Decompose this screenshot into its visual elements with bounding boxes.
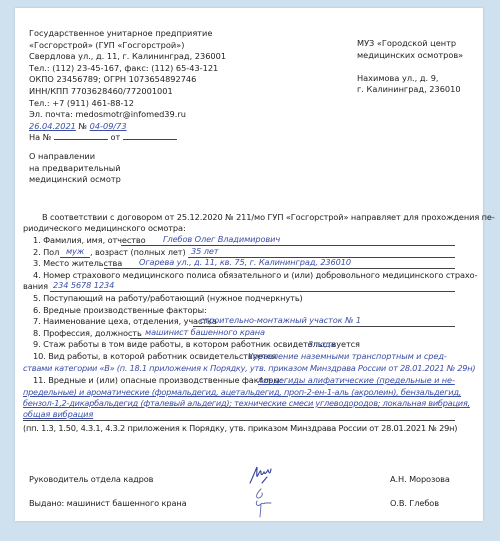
signer-name: А.Н. Морозова bbox=[390, 474, 450, 485]
item9-value[interactable]: 3 года bbox=[308, 339, 335, 350]
item11-label: 11. Вредные и (или) опасные производстве… bbox=[33, 375, 282, 386]
recipient-position: Выдано: машинист башенного крана bbox=[29, 498, 187, 509]
item4-value[interactable]: 234 5678 1234 bbox=[53, 280, 114, 291]
subject-line: О направлении bbox=[29, 151, 121, 163]
sender-line: Тел.: +7 (911) 461-88-12 bbox=[29, 98, 226, 110]
ref-from-label: от bbox=[111, 132, 121, 142]
sender-line: ОКПО 23456789; ОГРН 1073654892746 bbox=[29, 74, 226, 86]
item2-age-value[interactable]: 35 лет bbox=[191, 246, 218, 257]
sender-line: Эл. почта: medosmotr@infomed39.ru bbox=[29, 109, 226, 121]
item11-value-d[interactable]: общая вибрация bbox=[23, 409, 93, 420]
item5-label: 5. Поступающий на работу/работающий (нуж… bbox=[33, 293, 303, 304]
subject-line: на предварительный bbox=[29, 163, 121, 175]
recipient-block: МУЗ «Городской центр медицинских осмотро… bbox=[357, 38, 463, 96]
sender-block: Государственное унитарное предприятие «Г… bbox=[29, 28, 226, 144]
sender-line: «Госгорстрой» (ГУП «Госгорстрой») bbox=[29, 40, 226, 52]
item1-value[interactable]: Глебов Олег Владимирович bbox=[163, 234, 280, 245]
sender-line: ИНН/КПП 7703628460/772001001 bbox=[29, 86, 226, 98]
outgoing-number: 04-09/73 bbox=[90, 121, 127, 131]
item11-value-c[interactable]: бензол-1,2-дикарбальдегид (фталевый альд… bbox=[23, 398, 470, 409]
item6-label: 6. Вредные производственные факторы: bbox=[33, 305, 207, 316]
item8-label: 8. Профессия, должность bbox=[33, 328, 142, 339]
signature-glebov-icon bbox=[249, 487, 279, 519]
signature-morozova-icon bbox=[247, 463, 277, 489]
intro-line-2: риодического медицинского осмотра: bbox=[23, 223, 186, 234]
ref-date-blank bbox=[123, 139, 177, 140]
sender-line: Тел.: (112) 23-45-167, факс: (112) 65-43… bbox=[29, 63, 226, 75]
item8-value[interactable]: машинист башенного крана bbox=[145, 327, 265, 338]
item3-value[interactable]: Огарева ул., д. 11, кв. 75, г. Калинингр… bbox=[139, 257, 351, 268]
ref-label: На № bbox=[29, 132, 51, 142]
item10-value-b[interactable]: ствами категории «В» (п. 18.1 приложения… bbox=[23, 363, 475, 374]
legal-footnote: (пп. 1.3, 1.50, 4.3.1, 4.3.2 приложения … bbox=[23, 423, 457, 434]
item11-underline bbox=[23, 420, 455, 421]
recipient-line: медицинских осмотров» bbox=[357, 50, 463, 62]
item11-value-a[interactable]: Альдегиды алифатические (предельные и не… bbox=[258, 375, 455, 386]
sender-line: Свердлова ул., д. 11, г. Калининград, 23… bbox=[29, 51, 226, 63]
recipient-line: МУЗ «Городской центр bbox=[357, 38, 463, 50]
document-page: Государственное унитарное предприятие «Г… bbox=[15, 8, 483, 521]
intro-line-1: В соответствии с договором от 25.12.2020… bbox=[42, 212, 495, 223]
item2-label-a: 2. Пол bbox=[33, 247, 59, 258]
date-number-line: 26.04.2021 № 04-09/73 bbox=[29, 121, 226, 133]
signer-position: Руководитель отдела кадров bbox=[29, 474, 153, 485]
item2-sex-value[interactable]: муж bbox=[66, 246, 84, 257]
outgoing-date: 26.04.2021 bbox=[29, 121, 76, 131]
recipient-name: О.В. Глебов bbox=[390, 498, 439, 509]
item4-label-b: вания bbox=[23, 281, 48, 292]
item11-value-b[interactable]: предельные) и ароматические (формальдеги… bbox=[23, 387, 461, 398]
item7-label: 7. Наименование цеха, отделения, участка bbox=[33, 316, 217, 327]
item10-value-a[interactable]: Управление наземными транспортным и сред… bbox=[248, 351, 447, 362]
item7-value[interactable]: строительно-монтажный участок № 1 bbox=[200, 315, 361, 326]
recipient-line: г. Калининград, 236010 bbox=[357, 84, 463, 96]
subject-block: О направлении на предварительный медицин… bbox=[29, 151, 121, 186]
number-label: № bbox=[79, 121, 88, 131]
recipient-line: Нахимова ул., д. 9, bbox=[357, 73, 463, 85]
subject-line: медицинский осмотр bbox=[29, 174, 121, 186]
reference-line: На № от bbox=[29, 132, 226, 144]
sender-line: Государственное унитарное предприятие bbox=[29, 28, 226, 40]
recipient-spacer bbox=[357, 61, 463, 73]
item10-label: 10. Вид работы, в которой работник освид… bbox=[33, 351, 276, 362]
ref-number-blank bbox=[54, 139, 108, 140]
